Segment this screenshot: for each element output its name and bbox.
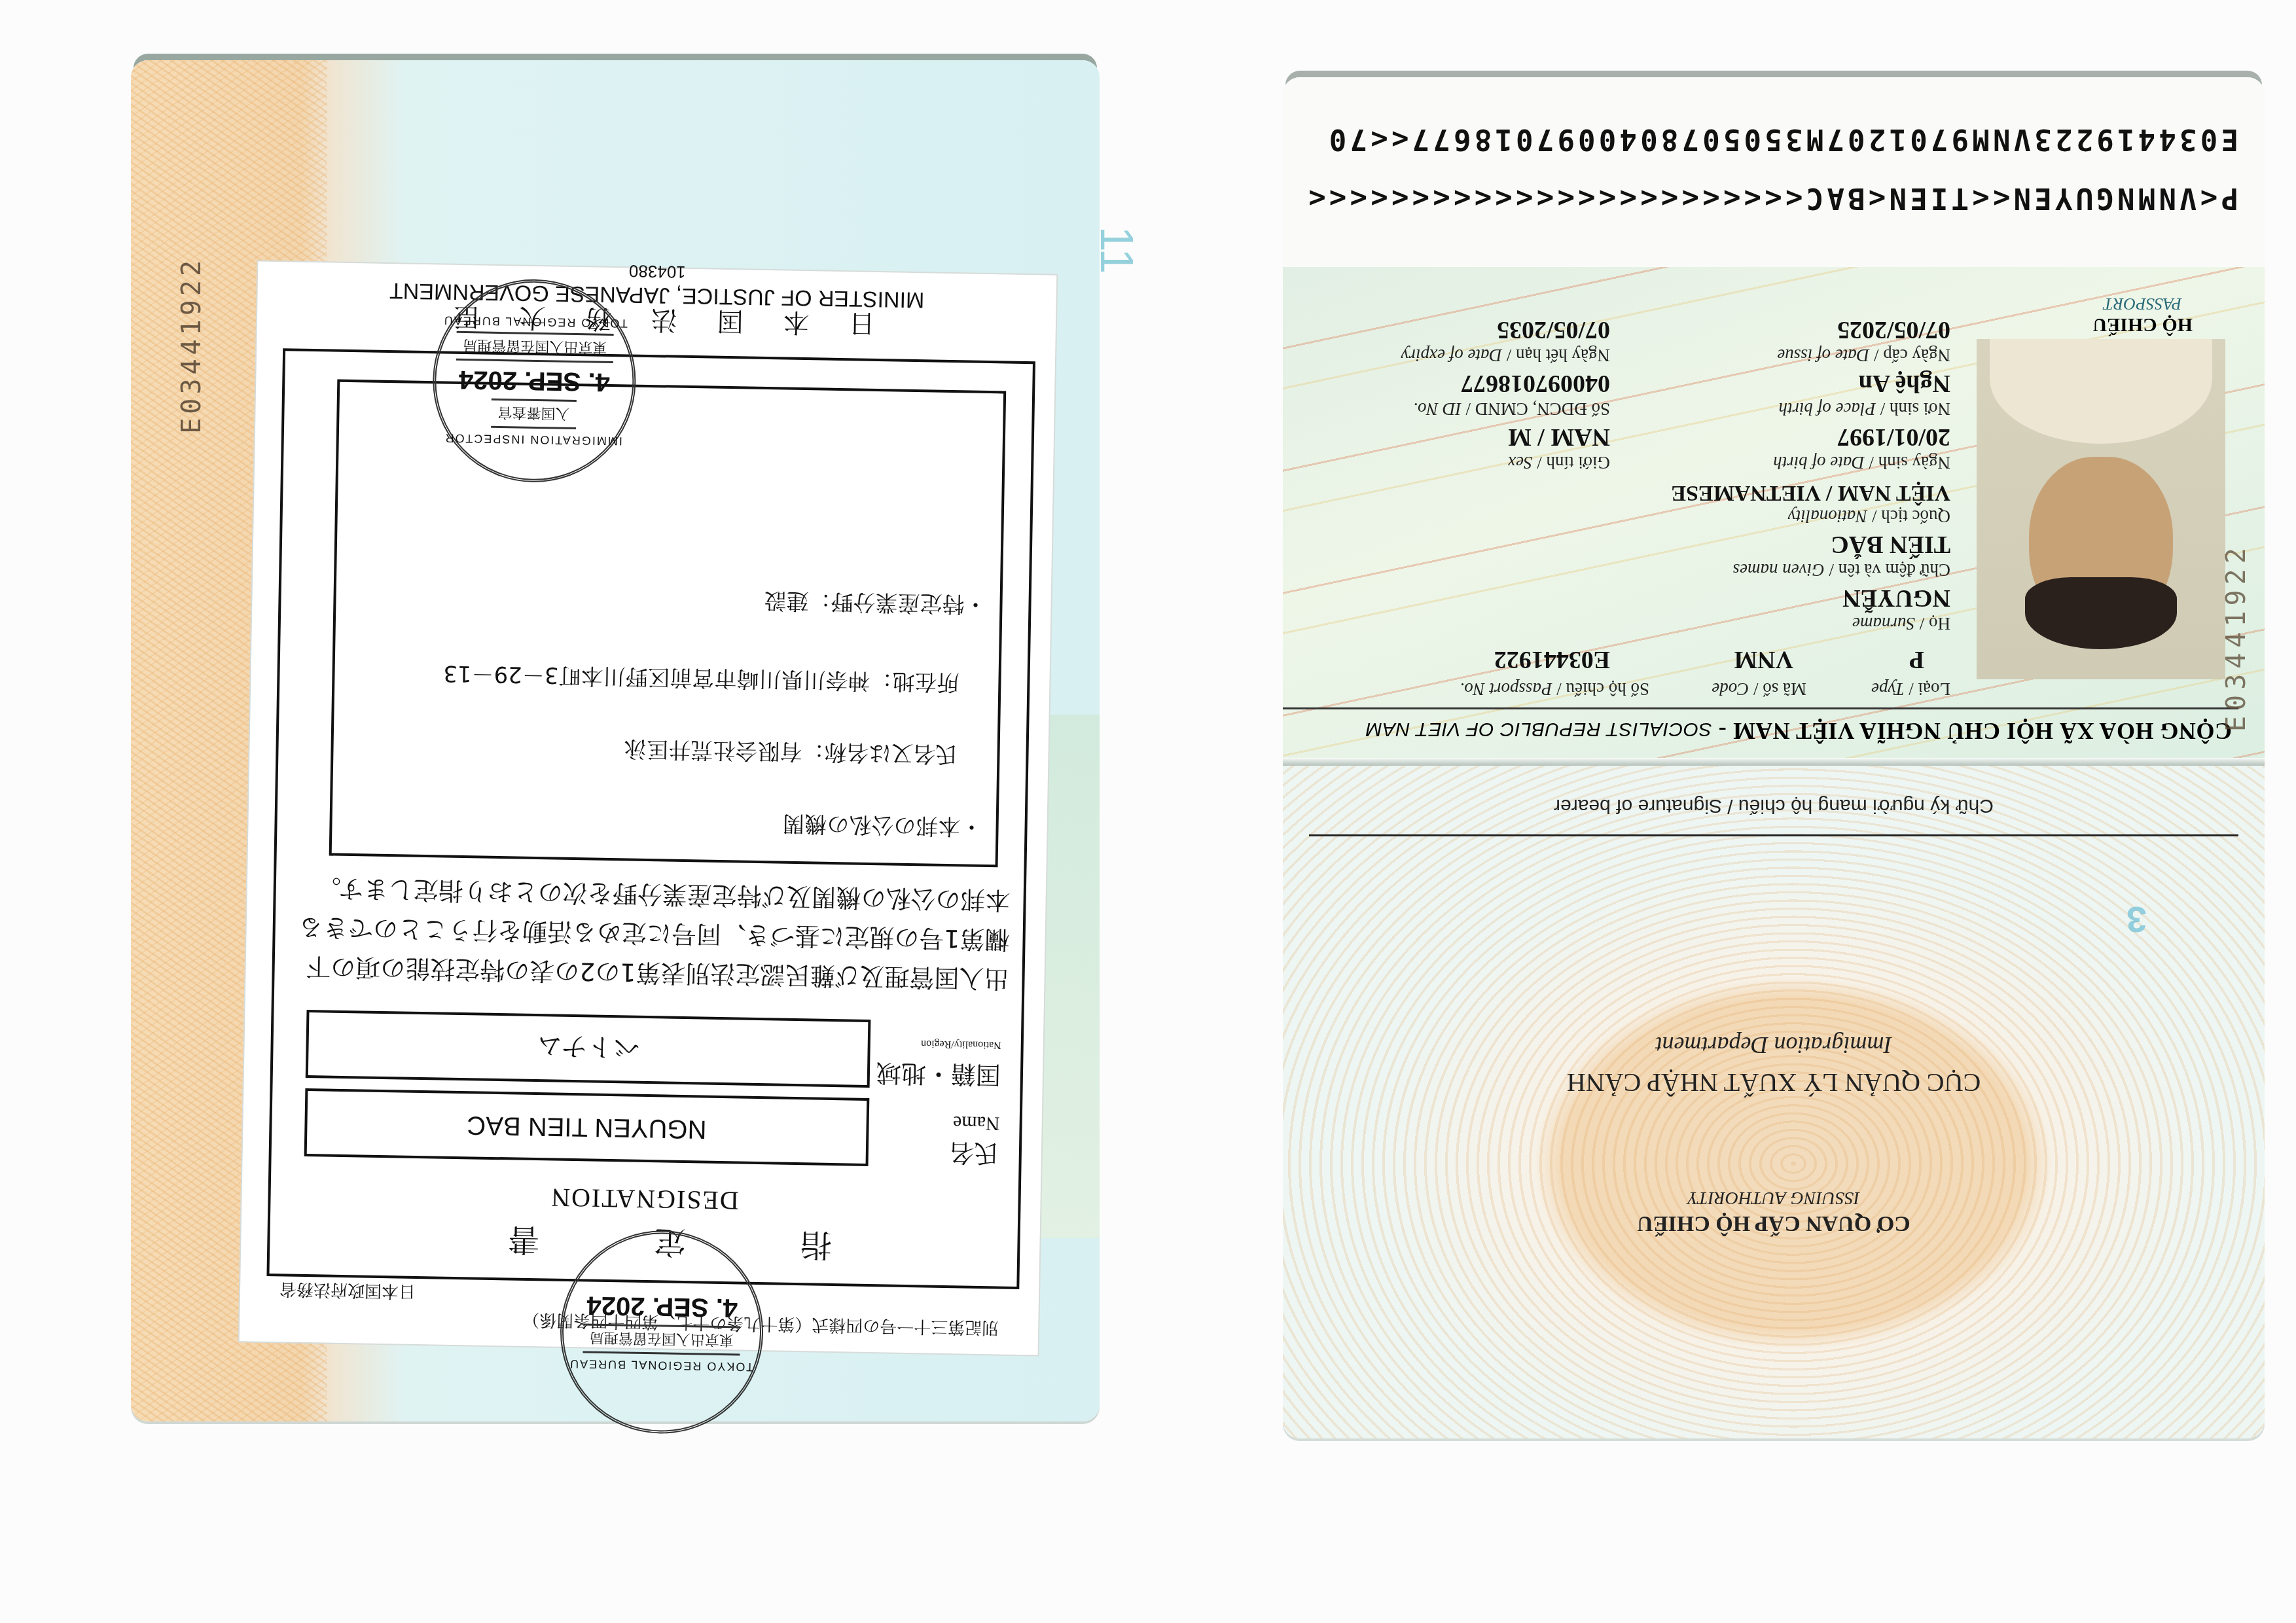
- perforated-number: E03441922: [2221, 543, 2251, 732]
- authority-label-en: ISSUING AUTHORITY: [1283, 1187, 2265, 1208]
- dob-label: Ngày sinh / Date of birth: [1773, 452, 1950, 473]
- issuing-authority-zone: CƠ QUAN CẤP HỘ CHIẾU ISSUING AUTHORITY C…: [1283, 764, 2265, 1438]
- passport-data-page: CƠ QUAN CẤP HỘ CHIẾU ISSUING AUTHORITY C…: [1283, 77, 2265, 1438]
- drum-pattern: [1283, 764, 2265, 1438]
- authority-name-en: Immigration Department: [1283, 1031, 2265, 1059]
- sex-label: Giới tính / Sex: [1508, 452, 1610, 473]
- designation-body-text: 出入国管理及び難民認定法別表第1の2の表の特定技能の項の下欄第1号の規定に基づき…: [287, 868, 1011, 998]
- passport-no-value: E03441922: [1494, 645, 1610, 674]
- id-no-value: 040097018677: [1461, 369, 1610, 398]
- industry-field: ・特定産業分野：建設: [764, 586, 987, 622]
- type-label: Loại / Type: [1871, 679, 1950, 699]
- authority-name: CỤC QUẢN LÝ XUẤT NHẬP CẢNH: [1283, 1067, 2265, 1098]
- name-field: NGUYEN TIEN BAC: [304, 1088, 870, 1166]
- nationality-label: Quốc tịch / Nationality: [1788, 506, 1950, 526]
- pob-label: Nơi sinh / Place of birth: [1778, 399, 1950, 419]
- country-header: CỘNG HÒA XÃ HỘI CHỦ NGHĨA VIỆT NAM - SOC…: [1365, 717, 2232, 745]
- given-names-label: Chữ đệm và tên / Given names: [1732, 560, 1950, 580]
- organization-name: 氏名又は名称：有限会社荒井匡泳: [624, 734, 958, 772]
- page-number: 3: [2126, 899, 2147, 941]
- nationality-value: VIỆT NAM / VIETNAMESE: [1671, 480, 1950, 505]
- holder-photo: [1977, 339, 2225, 679]
- mrz-zone: P<VNMNGUYEN<<TIEN<BAC<<<<<<<<<<<<<<<<<<<…: [1283, 77, 2265, 267]
- designation-form-box: 指 定 書 DESIGNATION 氏名 Name NGUYEN TIEN BA…: [266, 348, 1035, 1289]
- mrz-line-1: P<VNMNGUYEN<<TIEN<BAC<<<<<<<<<<<<<<<<<<<…: [1305, 181, 2238, 215]
- page-number: 11: [1090, 226, 1143, 274]
- type-value: P: [1909, 645, 1924, 674]
- given-names-value: TIẾN BẮC: [1831, 530, 1950, 559]
- designation-title-en: DESIGNATION: [270, 1177, 1018, 1221]
- mrz-line-2: E034419223VNM9701207M3505078040097018677…: [1326, 122, 2238, 156]
- id-no-label: Số ĐDCN, CMND / ID No.: [1413, 399, 1610, 419]
- issue-date-label: Ngày cấp / Date of issue: [1777, 345, 1950, 365]
- nationality-field: ベトナム: [306, 1010, 871, 1088]
- perforated-number: E03441922: [177, 257, 207, 434]
- organization-address: 所在地：神奈川県川崎市宮前区野川本町3－29－13: [443, 660, 960, 701]
- surname-label: Họ / Surname: [1852, 613, 1950, 633]
- passport-no-label: Số hộ chiếu / Passport No.: [1460, 679, 1649, 699]
- expiry-date-label: Ngày hết hạn / Date of expiry: [1401, 345, 1610, 365]
- signature-line: [1309, 834, 2238, 836]
- code-label: Mã số / Code: [1712, 679, 1806, 699]
- page-fold: [1283, 759, 2265, 766]
- biodata-zone: CỘNG HÒA XÃ HỘI CHỦ NGHĨA VIỆT NAM - SOC…: [1283, 267, 2265, 758]
- issuer-header: 日本国政府法務省: [279, 1278, 416, 1305]
- designation-slip: 別記第三十一号の四様式（第十九条の十七、第四十四条関係） 日本国政府法務省 指 …: [240, 261, 1057, 1355]
- nationality-label: 国籍・地域 Nationality/Region: [876, 1027, 1002, 1090]
- organization-heading: ・本邦の公私の機関: [782, 810, 983, 845]
- nationality-row: 国籍・地域 Nationality/Region ベトナム: [293, 1012, 1002, 1090]
- sex-value: NAM / M: [1508, 423, 1610, 452]
- document-title: HỘ CHIẾU PASSPORT: [2092, 294, 2193, 336]
- name-row: 氏名 Name NGUYEN TIEN BAC: [291, 1091, 1001, 1169]
- surname-value: NGUYỄN: [1842, 584, 1950, 613]
- issue-date-value: 07/05/2025: [1837, 315, 1950, 344]
- expiry-date-value: 07/05/2035: [1497, 315, 1610, 344]
- signature-label: Chữ ký người mang hộ chiếu / Signature o…: [1283, 794, 2265, 817]
- organization-box: ・本邦の公私の機関 氏名又は名称：有限会社荒井匡泳 所在地：神奈川県川崎市宮前区…: [329, 380, 1007, 868]
- dob-value: 20/01/1997: [1837, 423, 1950, 452]
- code-value: VNM: [1734, 645, 1793, 674]
- authority-label: CƠ QUAN CẤP HỘ CHIẾU: [1283, 1211, 2265, 1236]
- name-label: 氏名 Name: [949, 1107, 1000, 1168]
- pob-value: Nghệ An: [1859, 369, 1950, 398]
